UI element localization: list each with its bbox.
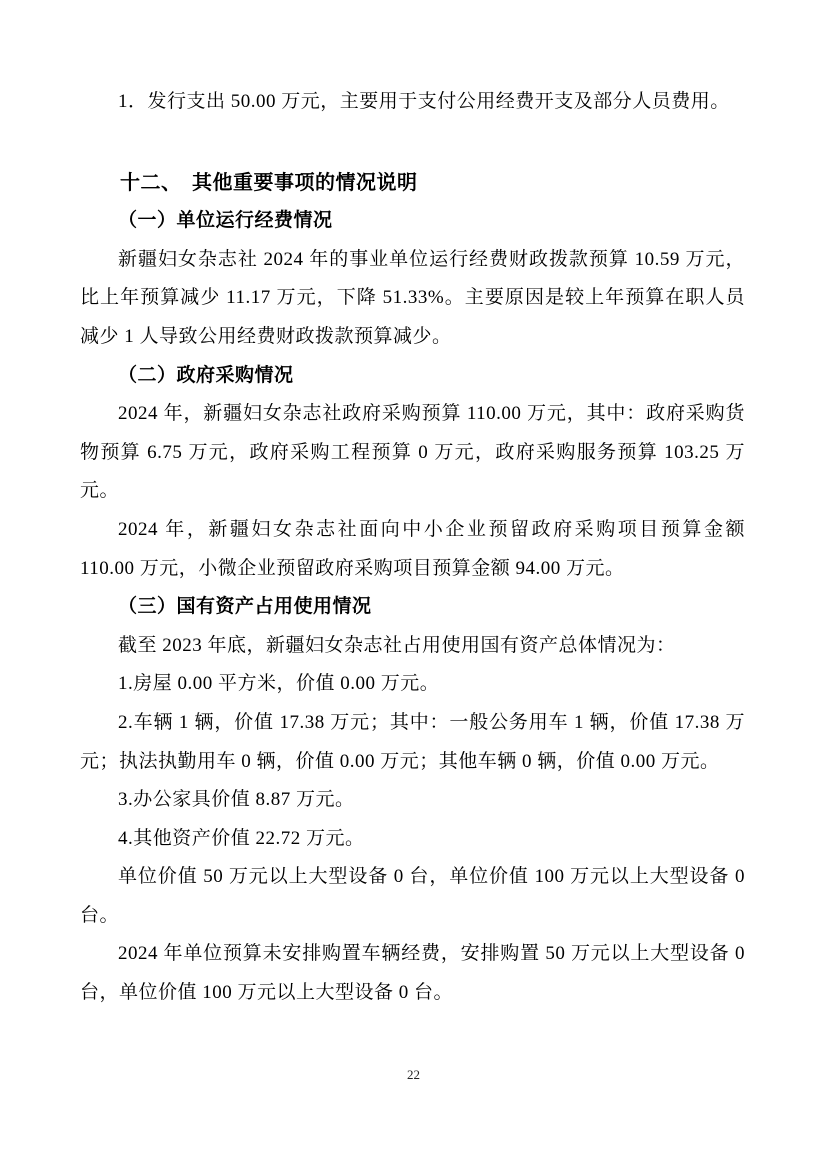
- document-content: 1．发行支出 50.00 万元，主要用于支付公用经费开支及部分人员费用。 十二、…: [0, 0, 827, 1013]
- paragraph: 2.车辆 1 辆，价值 17.38 万元；其中：一般公务用车 1 辆，价值 17…: [80, 704, 745, 781]
- subsection-heading-3: （三）国有资产占用使用情况: [80, 588, 745, 627]
- paragraph: 2024 年，新疆妇女杂志社面向中小企业预留政府采购项目预算金额 110.00 …: [80, 511, 745, 588]
- section-title: 十二、 其他重要事项的情况说明: [80, 164, 745, 203]
- page-number: 22: [407, 1067, 420, 1082]
- paragraph: 截至 2023 年底，新疆妇女杂志社占用使用国有资产总体情况为：: [80, 627, 745, 666]
- paragraph: 1.房屋 0.00 平方米，价值 0.00 万元。: [80, 665, 745, 704]
- intro-paragraph: 1．发行支出 50.00 万元，主要用于支付公用经费开支及部分人员费用。: [80, 83, 745, 122]
- paragraph: 新疆妇女杂志社 2024 年的事业单位运行经费财政拨款预算 10.59 万元，比…: [80, 241, 745, 357]
- paragraph: 2024 年单位预算未安排购置车辆经费，安排购置 50 万元以上大型设备 0 台…: [80, 935, 745, 1012]
- document-page: 1．发行支出 50.00 万元，主要用于支付公用经费开支及部分人员费用。 十二、…: [0, 0, 827, 1170]
- paragraph: 2024 年，新疆妇女杂志社政府采购预算 110.00 万元，其中：政府采购货物…: [80, 395, 745, 511]
- subsection-heading-2: （二）政府采购情况: [80, 357, 745, 396]
- subsection-heading-1: （一）单位运行经费情况: [80, 202, 745, 241]
- paragraph: 4.其他资产价值 22.72 万元。: [80, 820, 745, 859]
- paragraph: 3.办公家具价值 8.87 万元。: [80, 781, 745, 820]
- paragraph: 单位价值 50 万元以上大型设备 0 台，单位价值 100 万元以上大型设备 0…: [80, 858, 745, 935]
- page-footer: 22: [0, 1066, 827, 1084]
